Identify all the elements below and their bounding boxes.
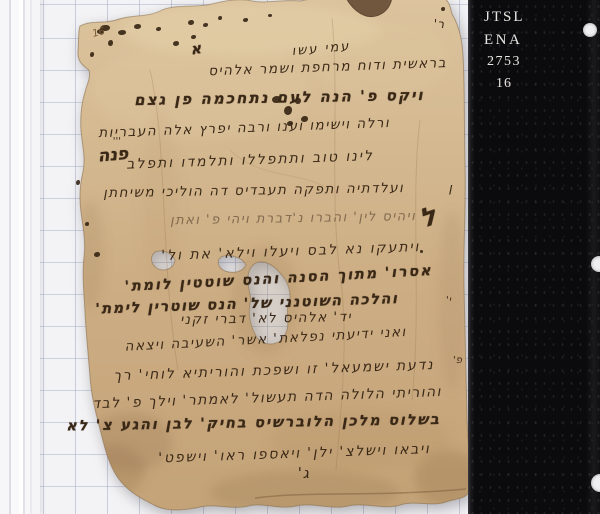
shelfmark-strip bbox=[468, 0, 600, 514]
binder-hole bbox=[583, 23, 597, 37]
shelfmark-library: JTSL bbox=[484, 9, 525, 26]
manuscript-photograph: עמי עשובראשית ודוח מרחפת ושמר אלהיסויקס … bbox=[0, 0, 600, 514]
shelfmark-folio: 16 bbox=[496, 76, 512, 92]
binder-hole bbox=[591, 256, 600, 272]
shelfmark-number: 2753 bbox=[487, 54, 521, 70]
shelfmark-collection: ENA bbox=[484, 32, 522, 49]
